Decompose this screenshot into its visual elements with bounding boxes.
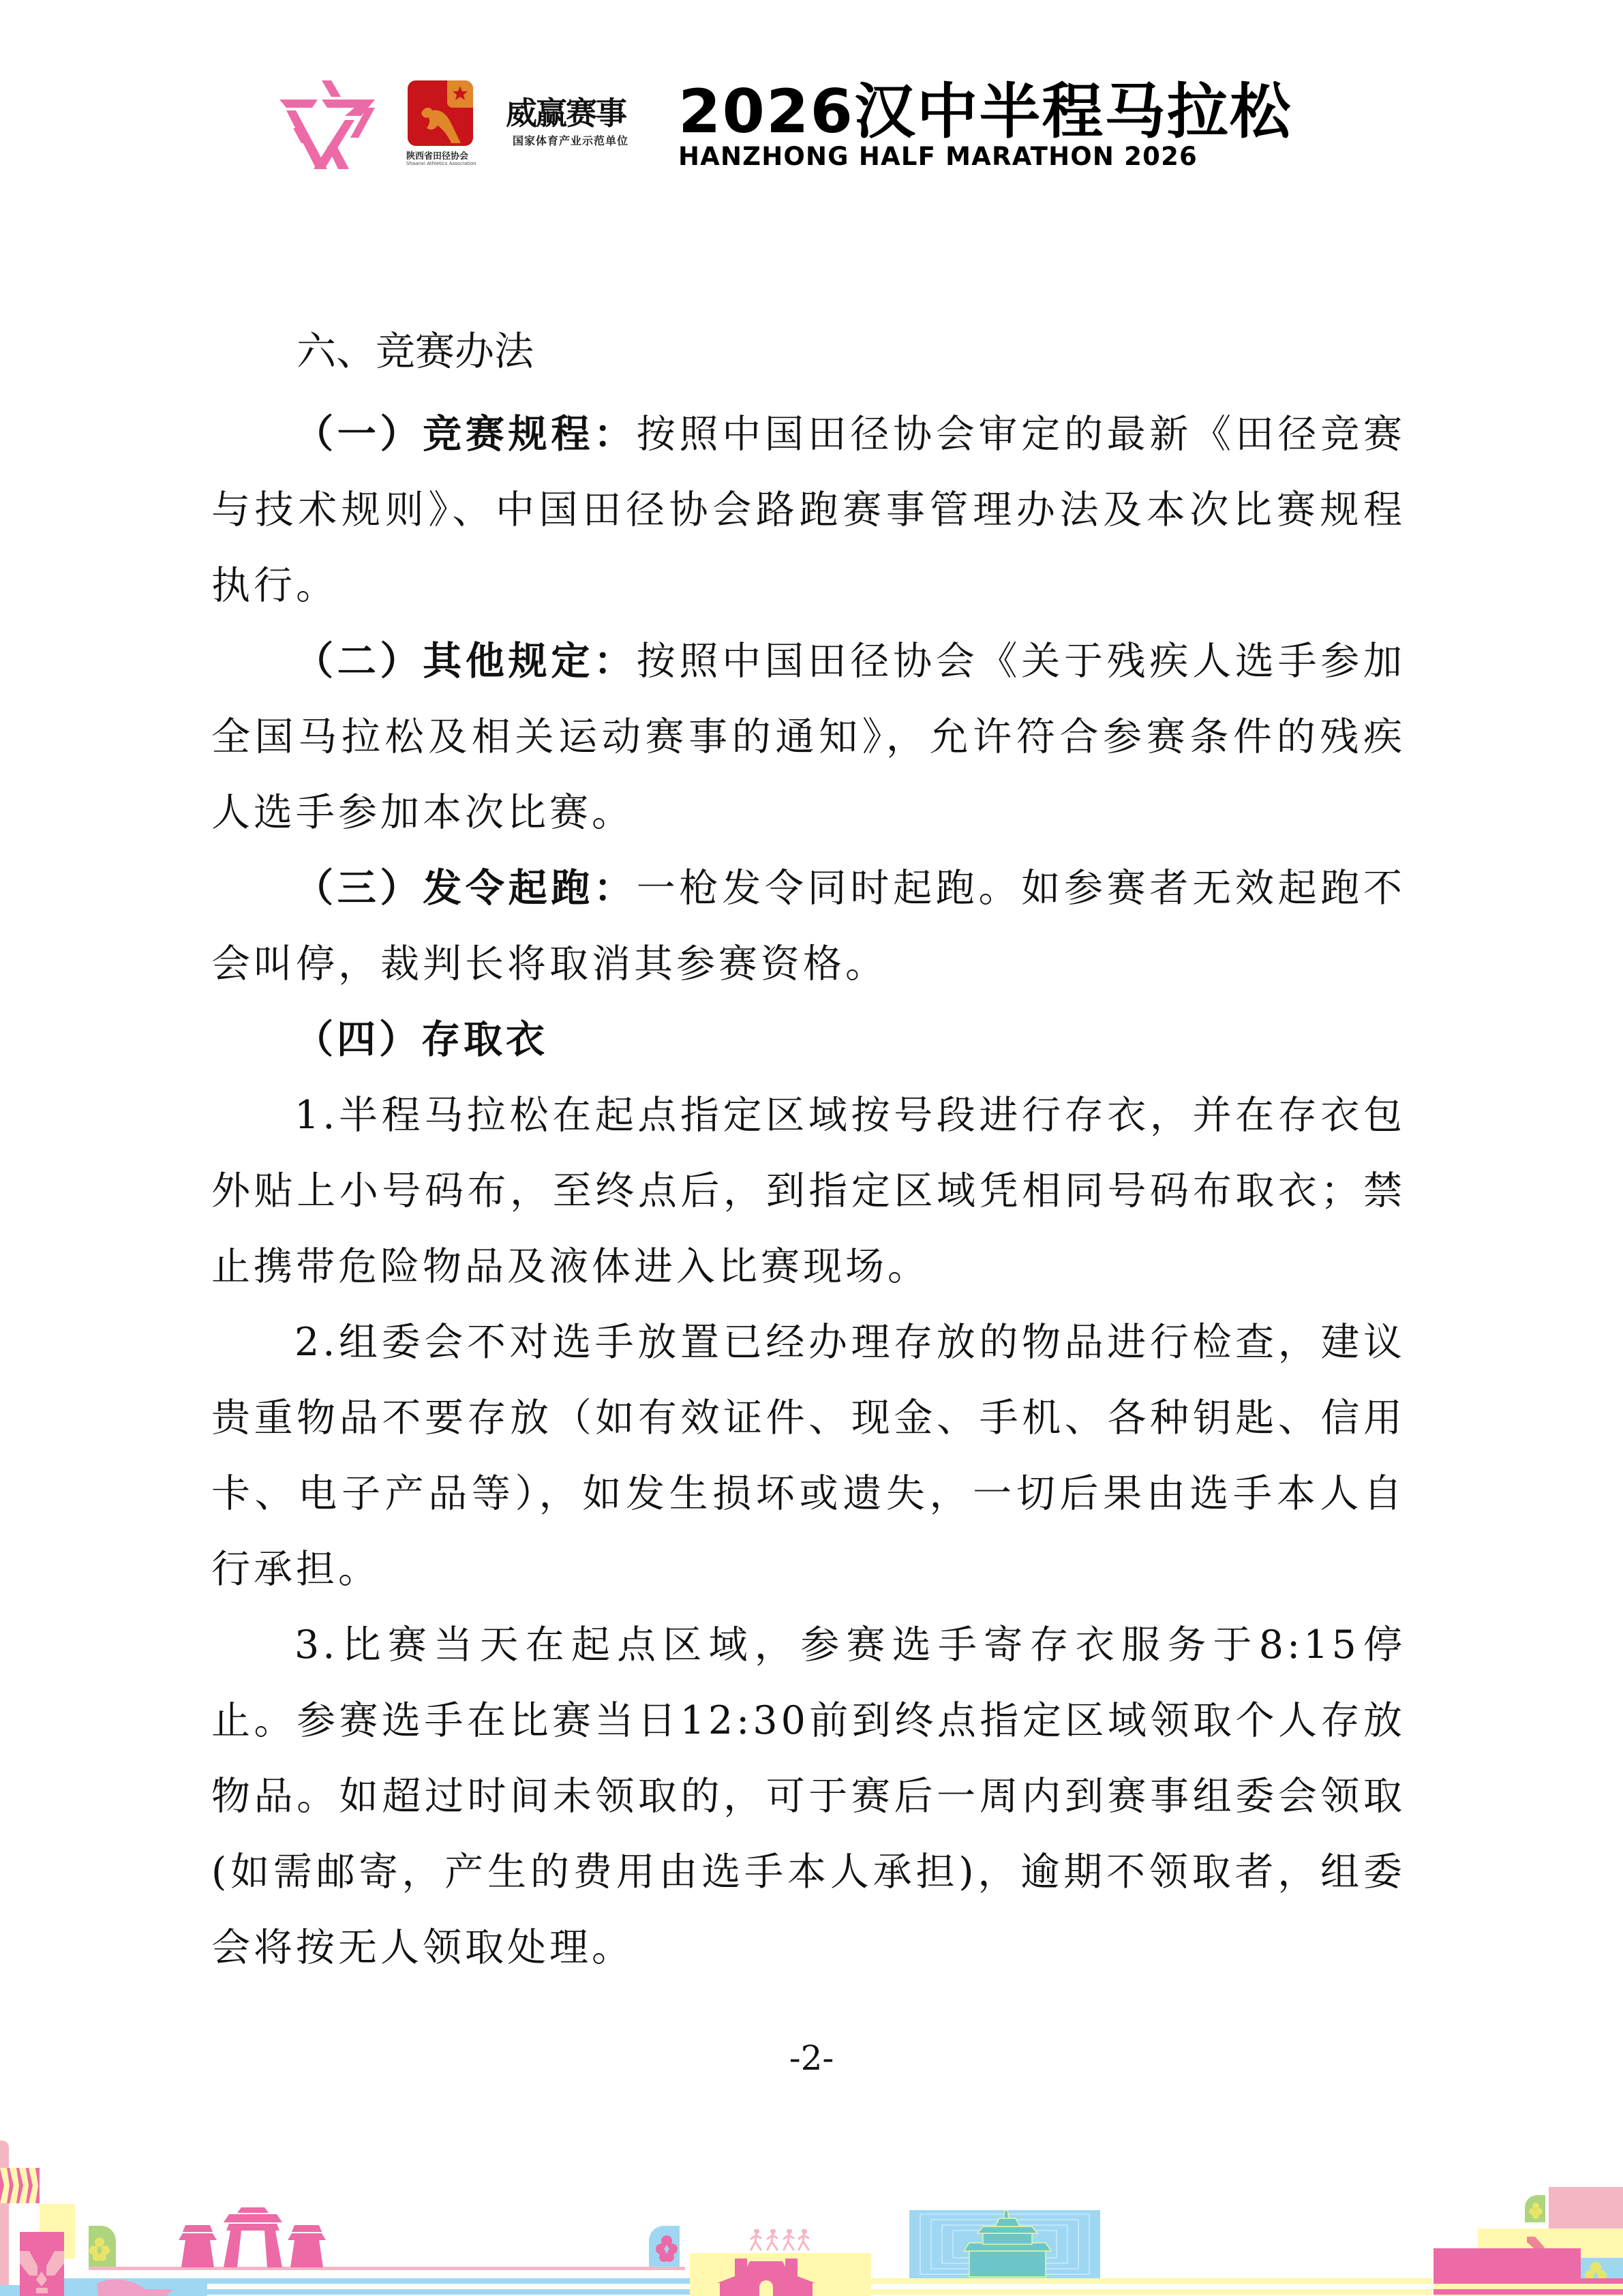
clothing-item-3: 3.比赛当天在起点区域，参赛选手寄存衣服务于8:15停止。参赛选手在比赛当日12… bbox=[211, 1607, 1406, 1986]
pink-butterfly-tile-icon bbox=[20, 2232, 64, 2296]
chevron-pattern-icon bbox=[0, 2168, 40, 2203]
pink-pillar bbox=[0, 2141, 9, 2286]
association-name-en: Shaanxi Athletics Association bbox=[406, 161, 476, 166]
clothing-item-1: 1.半程马拉松在起点指定区域按号段进行存衣，并在存衣包外贴上小号码布，至终点后，… bbox=[211, 1078, 1406, 1305]
hanzhong-star-logo-icon bbox=[279, 80, 375, 169]
runners-silhouette-icon bbox=[748, 2229, 811, 2252]
rule-label-3: （三）发令起跑： bbox=[294, 866, 637, 911]
yellow-center-block bbox=[690, 2253, 871, 2296]
organizer-name: 威赢赛事 bbox=[506, 94, 656, 132]
pink-gate-towers-icon bbox=[176, 2207, 333, 2267]
event-title-en: HANZHONG HALF MARATHON 2026 bbox=[678, 143, 1343, 170]
association-name-cn: 陕西省田径协会 bbox=[406, 149, 468, 162]
clothing-item-2: 2.组委会不对选手放置已经办理存放的物品进行检查，建议贵重物品不要存放（如有效证… bbox=[211, 1305, 1406, 1607]
pink-flower-tile-icon bbox=[649, 2226, 680, 2267]
organizer-subtitle: 国家体育产业示范单位 bbox=[513, 132, 656, 148]
small-green-flower-tile-icon bbox=[1525, 2195, 1545, 2222]
rule-label-1: （一）竞赛规程： bbox=[294, 412, 637, 457]
rule-paragraph-3: （三）发令起跑：一枪发令同时起跑。如参赛者无效起跑不会叫停，裁判长将取消其参赛资… bbox=[211, 851, 1406, 1002]
organizer-logo: 威赢赛事 国家体育产业示范单位 bbox=[506, 94, 656, 155]
flower-tile-blue-icon bbox=[0, 2285, 20, 2296]
magenta-stripes bbox=[1434, 2278, 1623, 2296]
page-number: -2- bbox=[0, 2038, 1623, 2078]
shaanxi-athletics-logo: 陕西省田径协会 Shaanxi Athletics Association bbox=[408, 80, 483, 169]
page-header: 陕西省田径协会 Shaanxi Athletics Association 威赢… bbox=[0, 0, 1623, 191]
rule-paragraph-2: （二）其他规定：按照中国田径协会《关于残疾人选手参加全国马拉松及相关运动赛事的通… bbox=[211, 624, 1406, 851]
event-title-cn: 2026汉中半程马拉松 bbox=[678, 80, 1356, 143]
green-flower-tile-icon bbox=[89, 2226, 116, 2267]
document-body: 六、竞赛办法 （一）竞赛规程：按照中国田径协会审定的最新《田径竞赛与技术规则》、… bbox=[211, 320, 1406, 1986]
magenta-block bbox=[1434, 2248, 1581, 2278]
event-title-block: 2026汉中半程马拉松 HANZHONG HALF MARATHON 2026 bbox=[678, 80, 1343, 170]
rule-paragraph-1: （一）竞赛规程：按照中国田径协会审定的最新《田径竞赛与技术规则》、中国田径协会路… bbox=[211, 397, 1406, 624]
yellow-stripes bbox=[871, 2278, 1432, 2296]
blue-pagoda-block bbox=[909, 2210, 1100, 2278]
blue-stripes bbox=[207, 2278, 699, 2296]
rule-label-4: （四）存取衣 bbox=[294, 1017, 548, 1062]
blue-base-block bbox=[64, 2278, 207, 2296]
decorative-footer-band bbox=[0, 2100, 1623, 2296]
rule-label-2: （二）其他规定： bbox=[294, 639, 637, 684]
section-heading: 六、竞赛办法 bbox=[297, 320, 1406, 382]
rule-paragraph-4: （四）存取衣 bbox=[211, 1002, 1406, 1078]
runner-emblem-icon bbox=[408, 80, 473, 146]
